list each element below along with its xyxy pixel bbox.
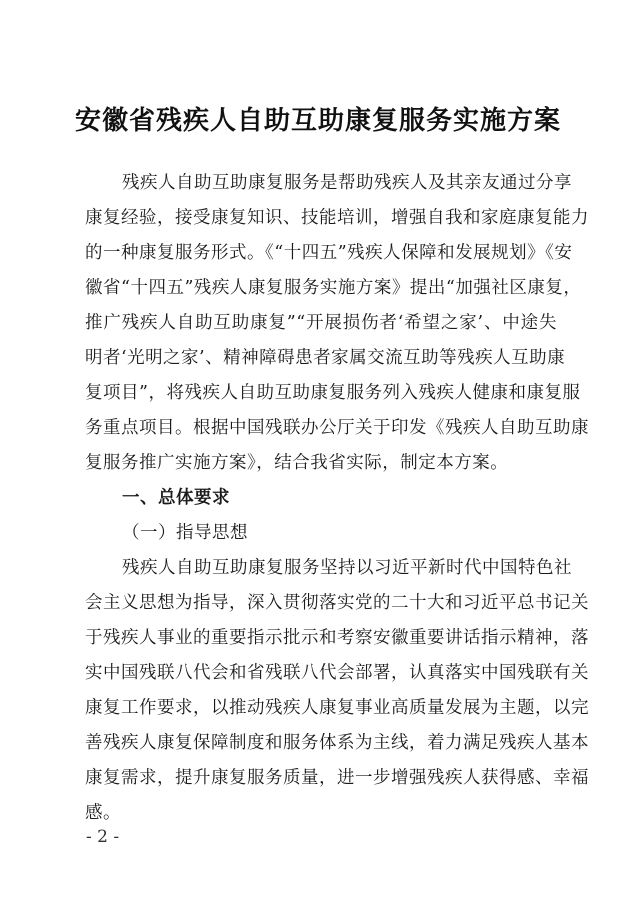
subsection-heading: （一）指导思想	[85, 516, 557, 551]
paragraph-line: 于残疾人事业的重要指示批示和考察安徽重要讲话指示精神，落	[85, 621, 557, 656]
paragraph-line: 的一种康复服务形式。《“十四五”残疾人保障和发展规划》《安	[85, 236, 557, 271]
paragraph-line: 感。	[85, 796, 557, 831]
paragraph-line: 残疾人自助互助康复服务坚持以习近平新时代中国特色社	[85, 551, 557, 586]
document-body: 残疾人自助互助康复服务是帮助残疾人及其亲友通过分享 康复经验，接受康复知识、技能…	[85, 166, 557, 831]
paragraph-line: 康复经验，接受康复知识、技能培训，增强自我和家庭康复能力	[85, 201, 557, 236]
paragraph-line: 残疾人自助互助康复服务是帮助残疾人及其亲友通过分享	[85, 166, 557, 201]
section-heading: 一、总体要求	[85, 481, 557, 516]
paragraph-line: 推广残疾人自助互助康复”“开展损伤者‘希望之家’、中途失	[85, 306, 557, 341]
paragraph-line: 善残疾人康复保障制度和服务体系为主线，着力满足残疾人基本	[85, 726, 557, 761]
paragraph-line: 康复工作要求，以推动残疾人康复事业高质量发展为主题，以完	[85, 691, 557, 726]
page-number: - 2 -	[86, 827, 119, 847]
paragraph-line: 明者‘光明之家’、精神障碍患者家属交流互助等残疾人互助康	[85, 341, 557, 376]
paragraph-line: 会主义思想为指导，深入贯彻落实党的二十大和习近平总书记关	[85, 586, 557, 621]
paragraph-line: 徽省“十四五”残疾人康复服务实施方案》提出“加强社区康复，	[85, 271, 557, 306]
paragraph-line: 康复需求，提升康复服务质量，进一步增强残疾人获得感、幸福	[85, 761, 557, 796]
paragraph-line: 复服务推广实施方案》，结合我省实际，制定本方案。	[85, 446, 557, 481]
paragraph-line: 复项目”，将残疾人自助互助康复服务列入残疾人健康和康复服	[85, 376, 557, 411]
paragraph-line: 实中国残联八代会和省残联八代会部署，认真落实中国残联有关	[85, 656, 557, 691]
document-title: 安徽省残疾人自助互助康复服务实施方案	[0, 100, 636, 137]
paragraph-line: 务重点项目。根据中国残联办公厅关于印发《残疾人自助互助康	[85, 411, 557, 446]
